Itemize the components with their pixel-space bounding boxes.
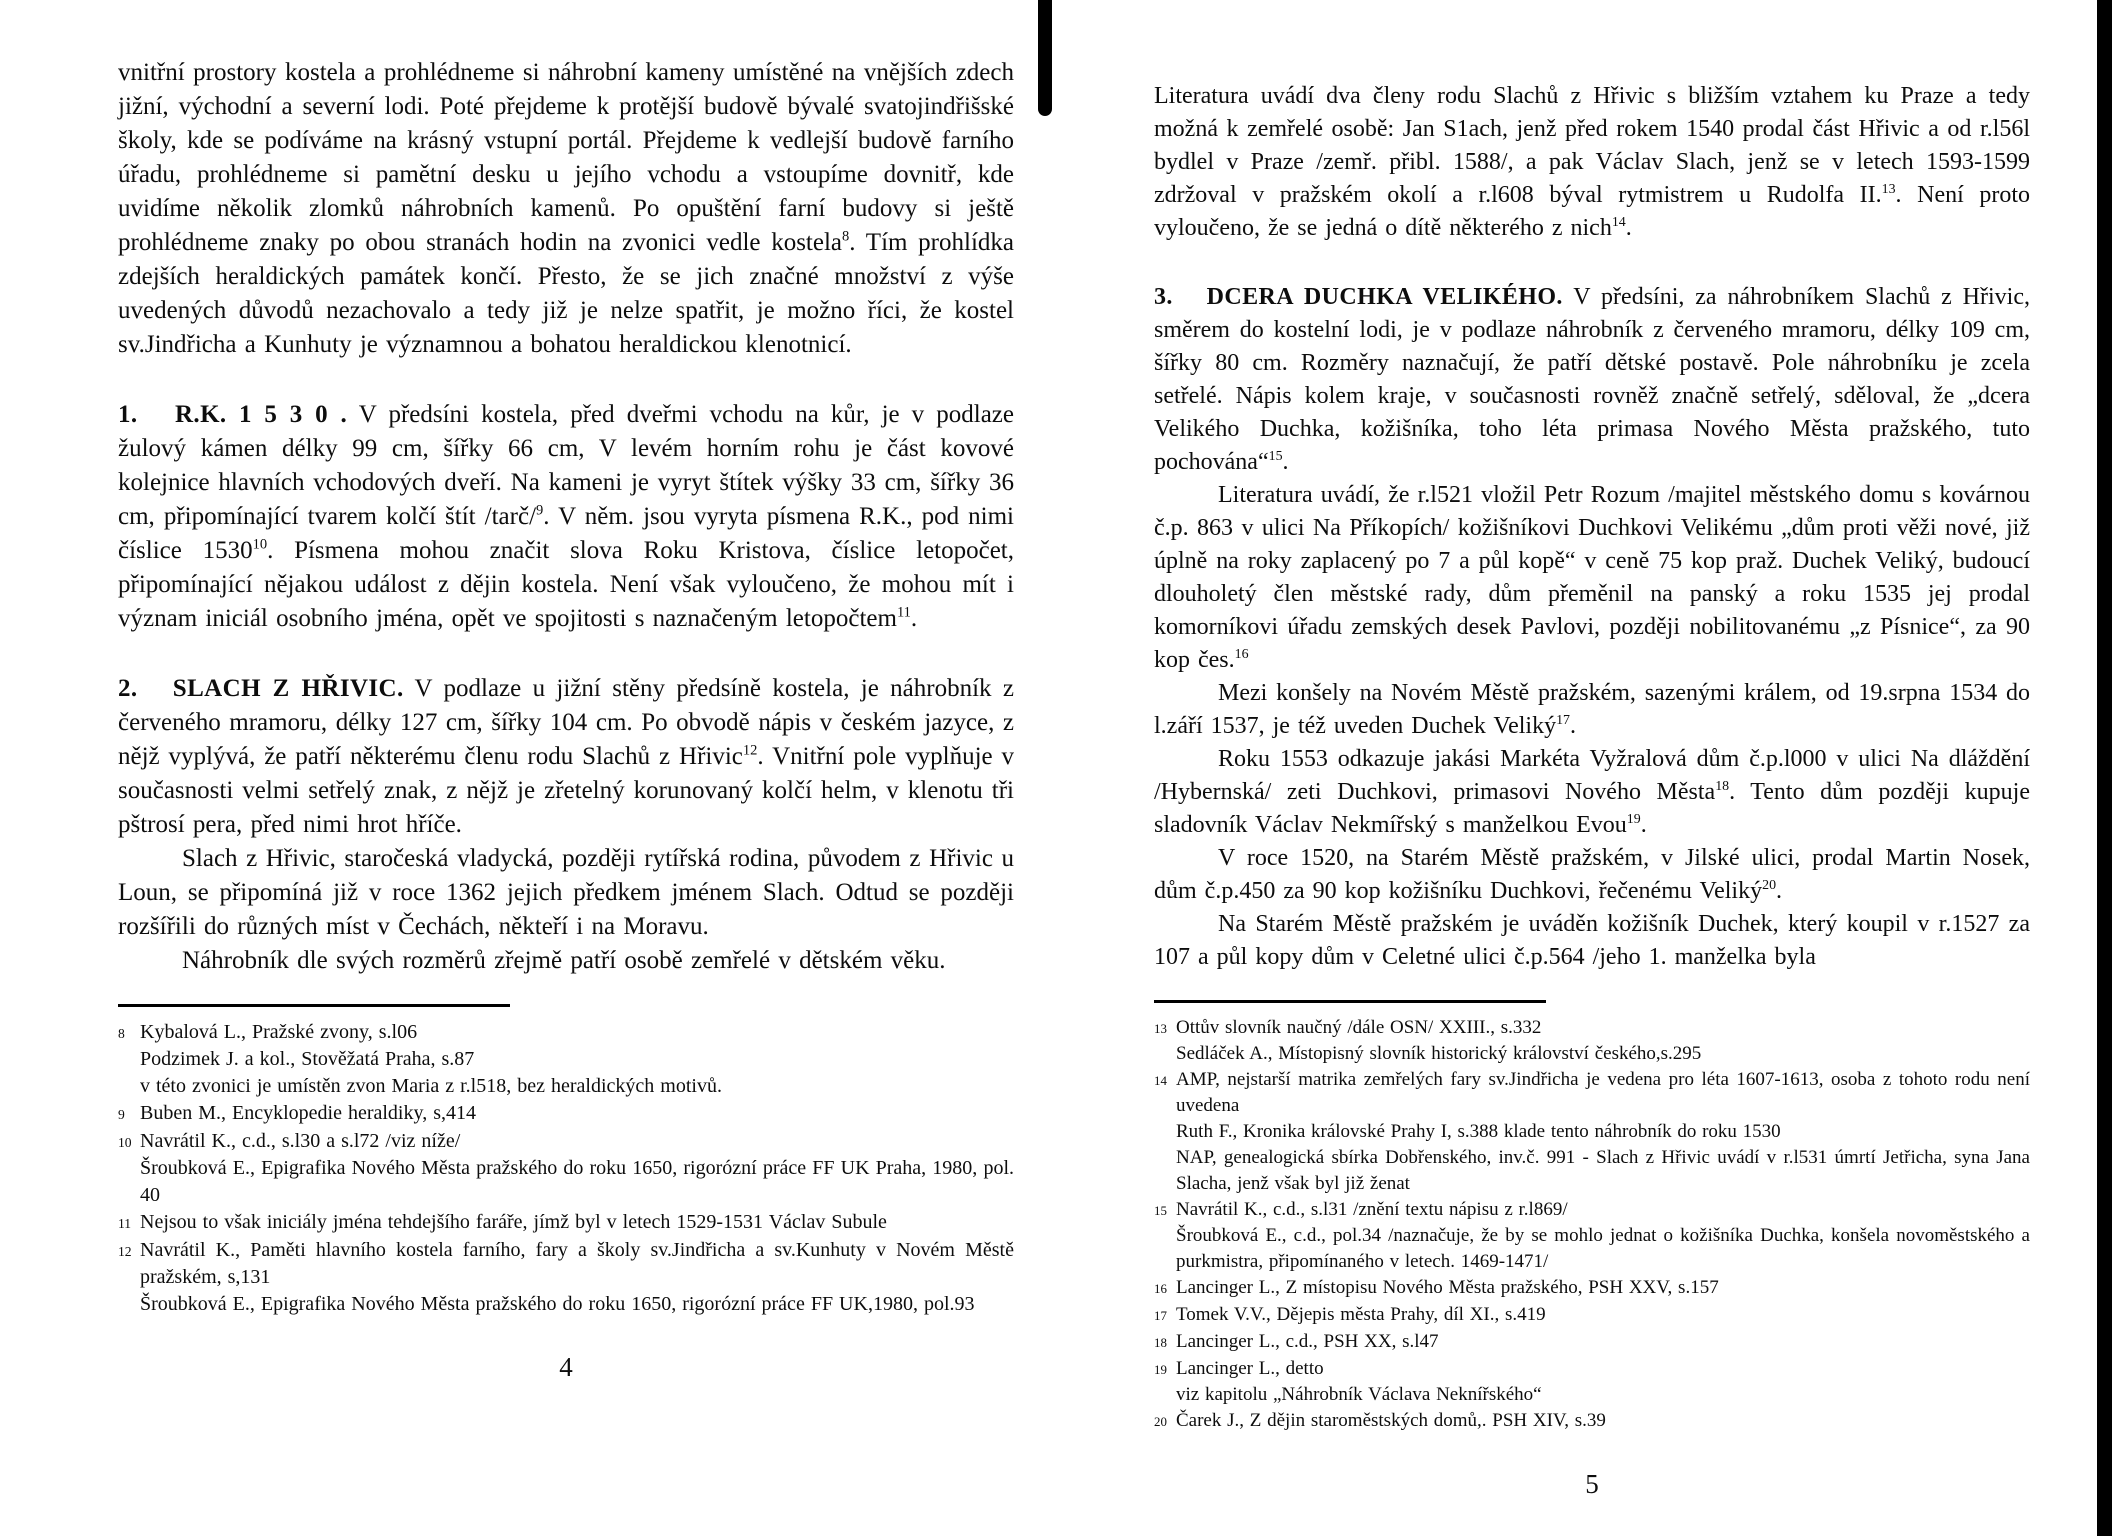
section-heading: 3. DCERA DUCHKA VELIKÉHO. xyxy=(1154,284,1563,310)
text-run: Na Starém Městě pražském je uváděn kožiš… xyxy=(1154,911,2030,970)
section-1-paragraph: 1. R.K. 1 5 3 0 . V předsíni kostela, př… xyxy=(118,398,1014,636)
footnote-body: Lancinger L., c.d., PSH XX, s.l47 xyxy=(1176,1329,2030,1356)
footnote-number: 14 xyxy=(1154,1067,1176,1197)
section-heading: 1. R.K. 1 5 3 0 . xyxy=(118,401,347,428)
footnote-line: Sedláček A., Místopisný slovník historic… xyxy=(1176,1041,2030,1067)
footnote: 20 Čarek J., Z dějin staroměstských domů… xyxy=(1154,1408,2030,1435)
footnote: 18 Lancinger L., c.d., PSH XX, s.l47 xyxy=(1154,1329,2030,1356)
footnote-line: Čarek J., Z dějin staroměstských domů,. … xyxy=(1176,1408,2030,1434)
footnote-line: Šroubková E., Epigrafika Nového Města pr… xyxy=(140,1291,1014,1318)
binding-shadow-mark xyxy=(1038,0,1052,116)
footnote-body: Lancinger L., dettoviz kapitolu „Náhrobn… xyxy=(1176,1356,2030,1408)
footnote-line: Nejsou to však iniciály jména tehdejšího… xyxy=(140,1209,1014,1236)
footnote-line: Lancinger L., Z místopisu Nového Města p… xyxy=(1176,1275,2030,1301)
footnote-line: v této zvonici je umístěn zvon Maria z r… xyxy=(140,1073,1014,1100)
footnote-line: Kybalová L., Pražské zvony, s.l06 xyxy=(140,1019,1014,1046)
footnote-line: NAP, genealogická sbírka Dobřenského, in… xyxy=(1176,1145,2030,1197)
footnote-body: Navrátil K., c.d., s.l30 a s.l72 /viz ní… xyxy=(140,1128,1014,1209)
footnote: 16 Lancinger L., Z místopisu Nového Měst… xyxy=(1154,1275,2030,1302)
footnote-ref: 12 xyxy=(743,743,758,759)
footnote-body: AMP, nejstarší matrika zemřelých fary sv… xyxy=(1176,1067,2030,1197)
footnote-line: Šroubková E., c.d., pol.34 /naznačuje, ž… xyxy=(1176,1223,2030,1275)
paragraph: V roce 1520, na Starém Městě pražském, v… xyxy=(1154,842,2030,908)
footnote-line: Ottův slovník naučný /dále OSN/ XXIII., … xyxy=(1176,1015,2030,1041)
footnote-ref: 10 xyxy=(253,537,268,553)
footnote-body: Buben M., Encyklopedie heraldiky, s,414 xyxy=(140,1100,1014,1128)
footnote: 14 AMP, nejstarší matrika zemřelých fary… xyxy=(1154,1067,2030,1197)
footnote-number: 18 xyxy=(1154,1329,1176,1356)
text-run: V předsíni, za náhrobníkem Slachů z Hřiv… xyxy=(1154,284,2030,475)
footnote-line: Lancinger L., c.d., PSH XX, s.l47 xyxy=(1176,1329,2030,1355)
footnote-body: Ottův slovník naučný /dále OSN/ XXIII., … xyxy=(1176,1015,2030,1067)
footnote-line: Ruth F., Kronika královské Prahy I, s.38… xyxy=(1176,1119,2030,1145)
text-run: V roce 1520, na Starém Městě pražském, v… xyxy=(1154,845,2030,904)
footnote-number: 19 xyxy=(1154,1356,1176,1408)
paragraph: Slach z Hřivic, staročeská vladycká, poz… xyxy=(118,842,1014,944)
footnote-number: 11 xyxy=(118,1209,140,1237)
footnote-line: Tomek V.V., Dějepis města Prahy, díl XI.… xyxy=(1176,1302,2030,1328)
footnote-line: Buben M., Encyklopedie heraldiky, s,414 xyxy=(140,1100,1014,1127)
text-run: Náhrobník dle svých rozměrů zřejmě patří… xyxy=(182,947,945,974)
text-run: Literatura uvádí, že r.l521 vložil Petr … xyxy=(1154,482,2030,673)
footnote-body: Nejsou to však iniciály jména tehdejšího… xyxy=(140,1209,1014,1237)
footnote-body: Navrátil K., c.d., s.l31 /znění textu ná… xyxy=(1176,1197,2030,1275)
footnote-number: 17 xyxy=(1154,1302,1176,1329)
footnote-ref: 11 xyxy=(897,605,911,621)
paragraph: Literatura uvádí dva členy rodu Slachů z… xyxy=(1154,80,2030,245)
footnote-line: AMP, nejstarší matrika zemřelých fary sv… xyxy=(1176,1067,2030,1119)
footnote-number: 13 xyxy=(1154,1015,1176,1067)
footnote-number: 10 xyxy=(118,1128,140,1209)
footnote-rule xyxy=(118,1004,510,1007)
footnote-line: Navrátil K., Paměti hlavního kostela far… xyxy=(140,1237,1014,1291)
footnote: 11 Nejsou to však iniciály jména tehdejš… xyxy=(118,1209,1014,1237)
footnote-ref: 18 xyxy=(1715,779,1729,794)
footnote-number: 12 xyxy=(118,1237,140,1318)
footnote: 12 Navrátil K., Paměti hlavního kostela … xyxy=(118,1237,1014,1318)
footnote-ref: 13 xyxy=(1882,182,1896,197)
paragraph: vnitřní prostory kostela a prohlédneme s… xyxy=(118,56,1014,362)
footnotes-right: 13 Ottův slovník naučný /dále OSN/ XXIII… xyxy=(1154,1015,2030,1435)
page-right: Literatura uvádí dva členy rodu Slachů z… xyxy=(1154,0,2030,1536)
paragraph: Na Starém Městě pražském je uváděn kožiš… xyxy=(1154,908,2030,974)
footnote: 19 Lancinger L., dettoviz kapitolu „Náhr… xyxy=(1154,1356,2030,1408)
paragraph: Literatura uvádí, že r.l521 vložil Petr … xyxy=(1154,479,2030,677)
footnote-number: 15 xyxy=(1154,1197,1176,1275)
footnote: 15 Navrátil K., c.d., s.l31 /znění textu… xyxy=(1154,1197,2030,1275)
text-run: . xyxy=(911,605,917,632)
footnote-ref: 17 xyxy=(1556,713,1570,728)
footnote-ref: 20 xyxy=(1762,878,1776,893)
footnote: 13 Ottův slovník naučný /dále OSN/ XXIII… xyxy=(1154,1015,2030,1067)
footnote-ref: 15 xyxy=(1269,449,1283,464)
footnote-number: 16 xyxy=(1154,1275,1176,1302)
footnotes-left: 8 Kybalová L., Pražské zvony, s.l06Podzi… xyxy=(118,1019,1014,1318)
footnote-ref: 19 xyxy=(1627,812,1641,827)
page-right-body: Literatura uvádí dva členy rodu Slachů z… xyxy=(1154,0,2030,1500)
footnote-line: Navrátil K., c.d., s.l30 a s.l72 /viz ní… xyxy=(140,1128,1014,1155)
footnote: 9 Buben M., Encyklopedie heraldiky, s,41… xyxy=(118,1100,1014,1128)
footnote-body: Lancinger L., Z místopisu Nového Města p… xyxy=(1176,1275,2030,1302)
text-run: . xyxy=(1570,713,1576,739)
page-number-left: 4 xyxy=(118,1352,1014,1383)
scan-edge-bar xyxy=(2097,0,2112,1536)
footnote-number: 8 xyxy=(118,1019,140,1100)
footnote-line: viz kapitolu „Náhrobník Václava Neknířsk… xyxy=(1176,1382,2030,1408)
text-run: . xyxy=(1626,215,1632,241)
footnote-body: Navrátil K., Paměti hlavního kostela far… xyxy=(140,1237,1014,1318)
page-left-body: vnitřní prostory kostela a prohlédneme s… xyxy=(118,0,1014,1383)
text-run: Slach z Hřivic, staročeská vladycká, poz… xyxy=(118,845,1014,940)
footnote-body: Tomek V.V., Dějepis města Prahy, díl XI.… xyxy=(1176,1302,2030,1329)
text-run: . xyxy=(1776,878,1782,904)
page-number-right: 5 xyxy=(1154,1469,2030,1500)
footnote-line: Navrátil K., c.d., s.l31 /znění textu ná… xyxy=(1176,1197,2030,1223)
footnote-line: Lancinger L., detto xyxy=(1176,1356,2030,1382)
paragraph: Náhrobník dle svých rozměrů zřejmě patří… xyxy=(118,944,1014,978)
footnote-ref: 16 xyxy=(1235,647,1249,662)
footnote-body: Čarek J., Z dějin staroměstských domů,. … xyxy=(1176,1408,2030,1435)
footnote-line: Šroubková E., Epigrafika Nového Města pr… xyxy=(140,1155,1014,1209)
book-spread-scan: vnitřní prostory kostela a prohlédneme s… xyxy=(0,0,2112,1536)
footnote-rule xyxy=(1154,1000,1546,1003)
footnote-ref: 14 xyxy=(1612,215,1626,230)
section-2-paragraph: 2. SLACH Z HŘIVIC. V podlaze u jižní stě… xyxy=(118,672,1014,842)
text-run: Mezi konšely na Novém Městě pražském, sa… xyxy=(1154,680,2030,739)
footnote-body: Kybalová L., Pražské zvony, s.l06Podzime… xyxy=(140,1019,1014,1100)
footnote-line: Podzimek J. a kol., Stověžatá Praha, s.8… xyxy=(140,1046,1014,1073)
footnote: 17 Tomek V.V., Dějepis města Prahy, díl … xyxy=(1154,1302,2030,1329)
page-left: vnitřní prostory kostela a prohlédneme s… xyxy=(118,0,1014,1536)
text-run: vnitřní prostory kostela a prohlédneme s… xyxy=(118,59,1014,256)
section-heading: 2. SLACH Z HŘIVIC. xyxy=(118,675,404,702)
footnote: 8 Kybalová L., Pražské zvony, s.l06Podzi… xyxy=(118,1019,1014,1100)
footnote-number: 9 xyxy=(118,1100,140,1128)
paragraph: Roku 1553 odkazuje jakási Markéta Vyžral… xyxy=(1154,743,2030,842)
section-3-paragraph: 3. DCERA DUCHKA VELIKÉHO. V předsíni, za… xyxy=(1154,281,2030,479)
text-run: . xyxy=(1283,449,1289,475)
text-run: . xyxy=(1641,812,1647,838)
footnote-number: 20 xyxy=(1154,1408,1176,1435)
footnote: 10 Navrátil K., c.d., s.l30 a s.l72 /viz… xyxy=(118,1128,1014,1209)
paragraph: Mezi konšely na Novém Městě pražském, sa… xyxy=(1154,677,2030,743)
